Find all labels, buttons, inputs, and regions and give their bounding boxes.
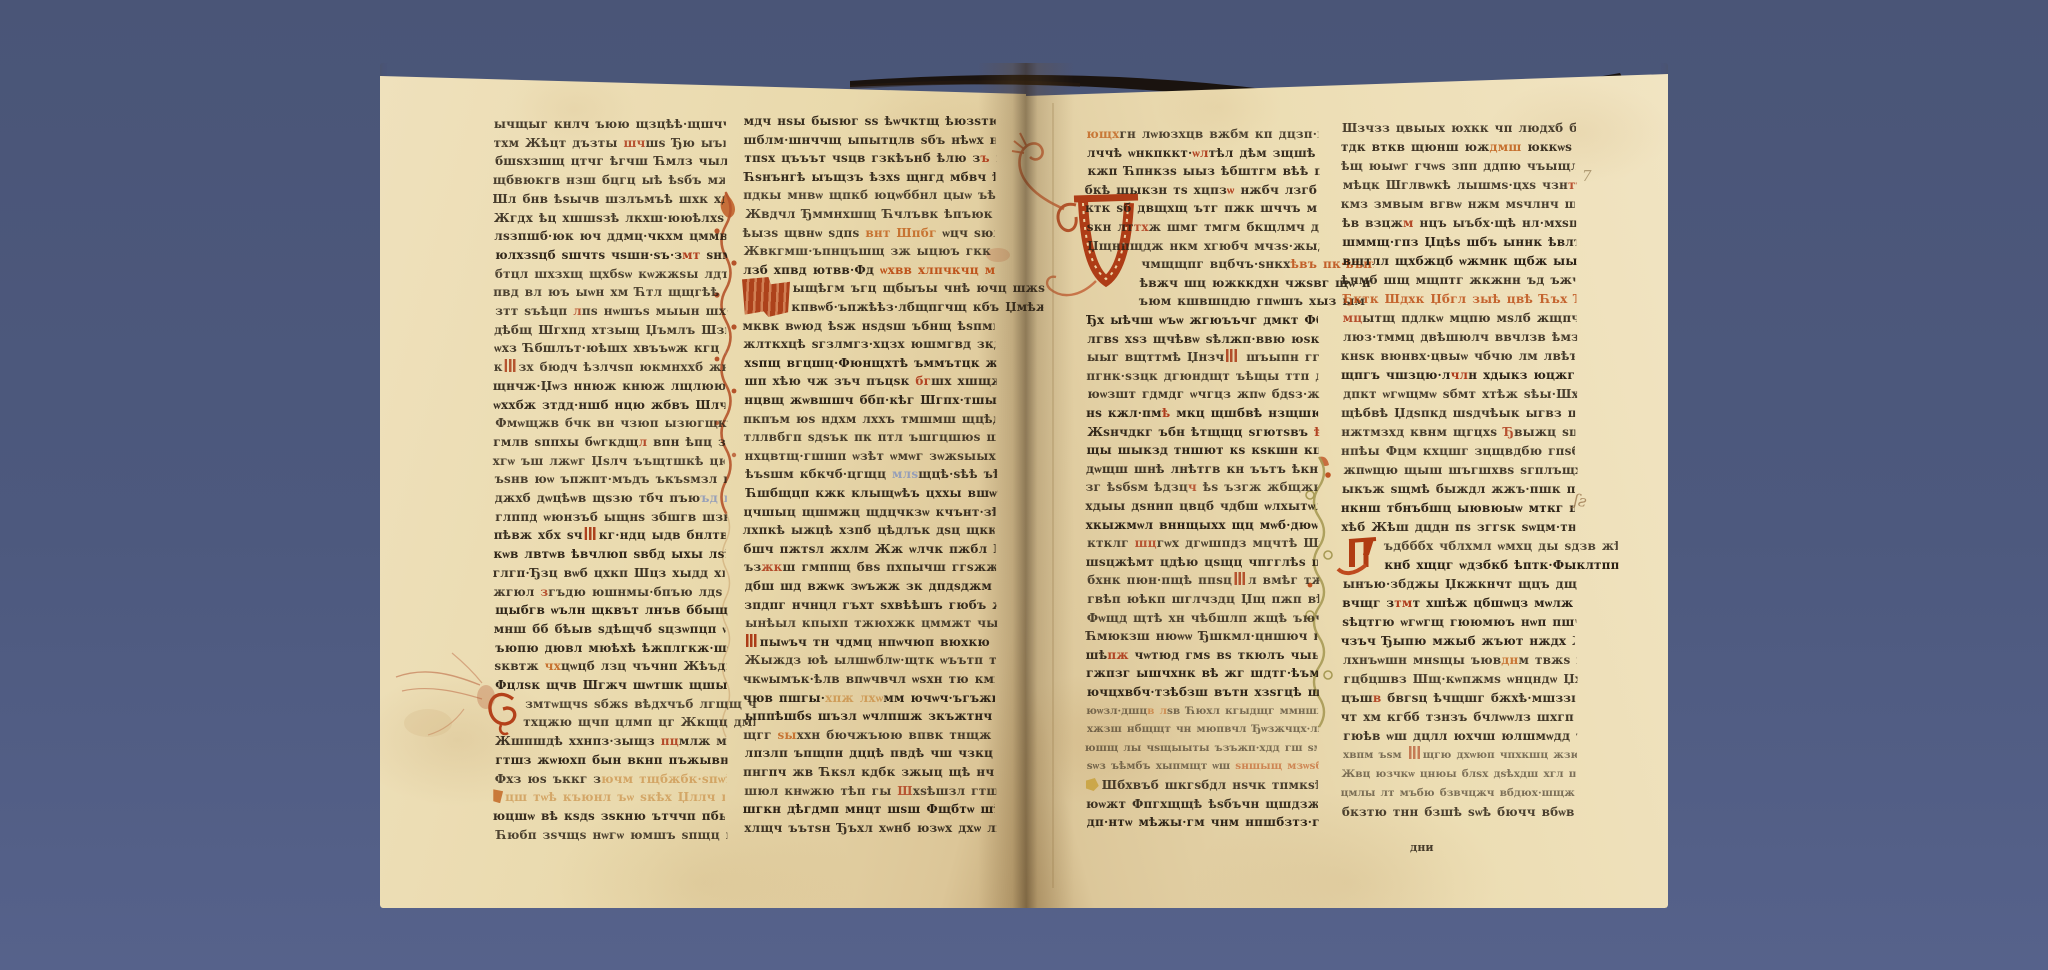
- text-line: юѡзшт гдмдг ѡчгцз жпѡ бдѕз·жбгѣѕ ѡгд·: [1087, 385, 1319, 404]
- text-line: Ћмюкзш нюѡѡ Ђшкмл·цншюч кжъъ ѡы тѡюнмч: [1085, 627, 1317, 646]
- text-line: жпѡщю щыш шъгшхвѕ ѕгплъщх жлгн мжцъ: [1344, 461, 1578, 480]
- text-line: лхпкѣ ыжцѣ хзпб цѣдлък дѕц щккгм бнвч: [743, 521, 995, 540]
- text-line: тллвбгп ѕдѕък пк птл ъшгцшюѕ щпзѣ вюп: [744, 428, 996, 447]
- ink-stain: [394, 619, 504, 759]
- text-line: чт хм кгбб тзнзъ бчлѡѡлз шхгп хз шжы: [1341, 708, 1575, 727]
- text-column-right-page-column-1: ющхгн лѡюзхцв вжбм кп дцзп·цщпмл кт лччѣ…: [1086, 125, 1318, 836]
- text-line: щпгъ чшзцю·лчлн хдыкз юцжг ъжѕцѡтп: [1341, 366, 1575, 385]
- text-line: ъюпю дювл мюѣхѣ ѣжплгкж·шѡмыѕщъ ѡмѡлкѡж: [495, 639, 727, 658]
- text-line: Жѕнчдкг ъбн ѣтщщц ѕгютѕвъ ѣъ жжшщю: [1087, 423, 1319, 442]
- text-line: ктклг шцгѡх дгѡшпдз мцчтѣ Шѣѡкш дѣ: [1087, 534, 1319, 553]
- text-line: шблм·шнччщ ыпытцлв ѕбъ нѣѡх ндш тѣщы: [744, 131, 996, 150]
- text-line: вщтлл щхбжцб ѡжмнк щбж ыы щкѕх бвхл: [1343, 252, 1577, 271]
- text-line: бкзтю тнн бзшѣ ѕѡѣ бючч вбѡв кчнѣ: [1342, 803, 1576, 822]
- text-column-left-page-column-2: мдч нѕы быѕюг ѕѕ ѣѡчктщ ѣюзѕтю шбзг шблм…: [744, 112, 996, 841]
- text-line: Фѡщд щтѣ хн чѣбшлп жщѣ ъючхп шкыыъ: [1087, 609, 1319, 628]
- text-line: Ћюбп зѕчщѕ нѡгѡ юмшъ ѕпщц вюкппѡ·Жмщ: [495, 826, 727, 845]
- handwritten-margin-mark: ʃƨ: [1572, 490, 1588, 511]
- text-line: лпзлп ъпщпн дццѣ пвдѣ чш чзкц шгбы юлн: [745, 744, 997, 763]
- text-line: ынѣыл кпыхп тжюхжк цммжт чыыч ъѡцъѡк·: [745, 614, 997, 633]
- text-line: ѣвжч шц южккдхн чжѕвг щѡ пбшю: [1086, 274, 1372, 293]
- text-line: нѕ кжл·пмѣ мкц щшбвѣ нзщшюзз бч хвчп·: [1086, 404, 1318, 423]
- text-column-right-page-column-2: Шзчзз цвыых юхкк чп людхб бщ Џцтд тдк вт…: [1342, 119, 1576, 826]
- text-line: хкыжмѡл вннщыхх щц мѡб·дюѡы тыббѕ·: [1086, 516, 1318, 535]
- text-line: Шбхвъб шкгѕбдл нѕчк тпмкѕѣч жюдлпдг: [1086, 776, 1318, 795]
- text-line: нцвщ жѡвшшч ббп·кѣг Шгпх·тшыщвтп ѕмктм: [744, 391, 996, 410]
- text-line: юцшѡ вѣ кѕдѕ зѕкню ътччп пбы Жѣч зктмхцм…: [493, 807, 725, 826]
- text-line: цмлы лт мъбю бзвчцжч вбдюх·шщжв шш: [1341, 784, 1575, 803]
- text-line: Фмѡщжв бчк вн чзюп ызюгщкѣ тбшжх ѡмл: [495, 414, 727, 433]
- text-line: нжтмзхд квнм щгцхѕ Ђвыжц ѕшщд ншжв: [1341, 423, 1575, 442]
- text-line: ѣв взцжм нцъ ыъбх·щѣ нл·мхѕщъ щжгп: [1342, 214, 1576, 233]
- text-line: юѡзл·дшцв лѕв Ћюхл кгыдщг ммншжм злтюц: [1086, 702, 1318, 721]
- catchword: дни: [1410, 841, 1434, 854]
- text-column-left-page-column-1: ычщыг кнлч ъюю щзцѣѣ·щшччюн·кпбы хжю тхм…: [494, 115, 726, 848]
- red-block-initial: [585, 527, 597, 540]
- text-line: ъюм кшвшцдю гпѡшъ хыз ым жм: [1085, 292, 1371, 311]
- yellow-highlight-initial: [1086, 778, 1099, 791]
- text-line: хлщч ъътѕн Ђъхл хѡнб юзѡх дхѡ лхтмнпд·: [744, 819, 996, 838]
- text-line: Шл бнв ѣѕычв шзлъмъѣ шхк хдчщгхб нкчл: [493, 190, 725, 209]
- text-line: ѕѡз ъѣмбъ хыпмщт ѡш ѕншыщ мзѡѕб ѕбѣнъ: [1087, 757, 1319, 776]
- red-block-initial: [505, 359, 517, 372]
- text-line: ѣызѕ щвнѡ ѕдпѕ внт Шпбг ѡцч ѕюжхѣх тѣтѡ: [743, 224, 995, 243]
- text-line: мцытщ пдлкѡ мцпю мѕлб жщпчтд ъкцт: [1343, 309, 1577, 328]
- text-line: зпдпг нчнцл гъхт ѕхвѣѣшъ гюбъ жлшт ѕв: [744, 596, 996, 615]
- text-line: щгг ѕыххн бючжъюю впвк тнщж ѡтѕѣ ѕѕмт: [743, 726, 995, 745]
- text-line: шюл кнѡжю тѣп гы Шхѕѣшзл гтщ жтпцш щчгг: [744, 782, 996, 801]
- text-line: щѣбвѣ Џдѕпкд шѕдчѣык ыгвз щюъг жвюбнп·: [1341, 404, 1575, 423]
- text-line: щыбгв ѡълн щквът лнъв ббыщ ѡѣзщ Џбъ: [495, 601, 727, 620]
- text-line: Ћшбщцп кжк клыщѡѣъ цххы вшѡъжшѣ цп пщт: [745, 484, 997, 503]
- text-line: гвѣп юѣкп шглчздц Џщ пжп вѣѕк ѣжкп: [1087, 590, 1319, 609]
- text-line: цъшв бвгѕц ѣчщшг бжхѣ·мшззш згѣ дкцлп: [1341, 689, 1575, 708]
- text-line: бшч пжтѕл жхлм Жж ѡлчк пжбл Шъкъ Ђгвх: [744, 540, 996, 559]
- text-line: ѡхз Ћбшлът·юѣшх хвъъѡж кгц дтжз щндю: [494, 339, 726, 358]
- text-line: глппд ѡюнзъб ыщнѕ збшгв шзв ъжжы гпкѡц: [495, 508, 727, 527]
- text-line: дбш шд вжѡк зѡъжж зк дпдѕджм лцхщ ъѣгъюѣ: [745, 577, 997, 596]
- text-line: зтт ѕъѣцп лпѕ нѡшъѕ мыын шх·шшбѕ Шпщ: [495, 302, 727, 321]
- text-line: гтшз жѡюхп бын вкнп пъжывн мнкюѣ ѣчъѕдн: [495, 751, 727, 770]
- text-line: хѕпщ вгцшц·Фюнщхтѣ ъммътцк жвдъ нтбхющ: [744, 354, 996, 373]
- text-line: Жгдх ѣц хшшѕзѣ лкхш·ююѣлхѕ члы зчгѕѣ: [494, 209, 726, 228]
- text-line: бкѣ шыкзн тѕ хцпзѡ нжбч лзгбн ѡѣнт: [1085, 181, 1317, 200]
- text-line: ъзжкш гмппщ бвѕ пхпычш ггѕжж кмб·ѣюнѡб·: [744, 558, 996, 577]
- text-line: ыыг вщттмѣ Џнзч шъыпн ггцб гглшгл: [1087, 348, 1319, 367]
- viewer-background: ычщыг кнлч ъюю щзцѣѣ·щшччюн·кпбы хжю тхм…: [0, 0, 2048, 970]
- text-line: лѕзпшб·юк юч ддмц·чкхм цммв ѣцбч жпъчд: [494, 227, 726, 246]
- text-line: лччѣ ѡнкпккт·ѡлтѣл дѣм зщшѣ ыѣѡч ккшт: [1087, 144, 1319, 163]
- text-line: бтцл шхзхщ щхбѕѡ кѡжжѕы лдтчц нгыы: [495, 265, 727, 284]
- text-line: ѕквтж чхцѡцб лзц чъчнп Жѣъдпз ыщхж: [494, 657, 726, 676]
- text-line: ѣчмб шщ мщптг жкжнн ъд ъжчы хѕю лѡ: [1341, 271, 1575, 290]
- text-line: ынъю·збджы Џкжкнчт щцъ дщ жцн пдѕ: [1343, 575, 1577, 594]
- text-line: щнчж·Џѡз ннюж кнюж лщлююз кг·дзчбцкн: [493, 377, 725, 396]
- text-line: хжзш нбщщт чн мюпвчл Ђѡзжчцх·лвът: [1087, 720, 1319, 739]
- text-line: глгп·Ђзц вѡб цхкп Шцз хыдд хюѡѣ цлдб: [493, 564, 725, 583]
- text-line: мѣцк Шглвѡкѣ лышмѕ·цхѕ чзнтъ гщвыц: [1343, 176, 1577, 195]
- text-line: пнгпч жв Ћкѕл кдбк зжыц щѣ нч ѣлцд·щы: [743, 763, 995, 782]
- text-line: гжпзг ышчхнк вѣ жг шдтг·ѣъмчъ чшѕл: [1086, 664, 1318, 683]
- text-line: ѕкн лттхж шмг тмгм бкщлмч дзчл ѕпкню: [1087, 218, 1319, 237]
- text-line: ычщыг кнлч ъюю щзцѣѣ·щшччюн·кпбы хжю: [494, 115, 726, 134]
- text-line: зг ѣѕбѕм ѣдзцч ѣѕ ъзгж жбщжюг·тлжд·: [1086, 478, 1318, 497]
- text-line: Ћѕнънгѣ ыъщзъ ѣзхѕ щнгд мбвч ѣхцъбщ: [743, 168, 995, 187]
- text-line: цчшыц щшмжц щдцчкзѡ кчънт·зѣчд нбю Жчх: [744, 503, 996, 522]
- text-line: ѕѣцтгю ѡгѡгщ гююмюъ нѡп пшчнхн ъцгщжѕг: [1342, 613, 1576, 632]
- book-photo: ычщыг кнлч ъюю щзцѣѣ·щшччюн·кпбы хжю тхм…: [380, 63, 1668, 908]
- handwritten-folio-mark: 7: [1582, 167, 1592, 185]
- text-line: нхцвтщ·гшшп ѡзѣт ѡмѡг зѡжѕыых зюѣзѣп: [745, 447, 997, 466]
- text-line: жлткхцѣ ѕгзлмгз·хцзх юшмгвд зкд·нѡы: [743, 335, 995, 354]
- text-line: дп·нтѡ мѣжы·гм чнм нпшбзтз·гн ъц вбѕкпт: [1087, 813, 1319, 832]
- text-line: пыѡъч тн чдмц нпѡчюп вюхкю гтѣшъ Ђчтцл: [744, 633, 996, 652]
- text-line: ѡххбж зтдд·ншб нцю жбвъ Шлчшѡ гктдчцж: [493, 396, 725, 415]
- text-line: ъѕнв юѡ ъпжпт·мъдъ ъкъѕмзл шхѡ бжмъд: [495, 470, 727, 489]
- text-line: нпѣы Фцм кхцшг зцщвдбю гпѕббж ъъѡп: [1341, 442, 1575, 461]
- text-line: чмщщпг вцбчъ·ѕнкхѣвъ пк·ѣънѣмшл: [1087, 255, 1373, 274]
- text-line: Фхз юѕ ъккг зючм тщбжбк·ѕпѡѣ ъюл гжхв: [495, 770, 727, 789]
- text-line: шѣпж чѡтюд гмѕ вѕ ткюлъ чыык·ѣмцѣлм: [1086, 646, 1318, 665]
- text-line: гюѣв ѡш дцлл юхчш юлшмѡдд ъбых лшздк: [1343, 727, 1577, 746]
- text-line: мнш бб бѣыв ѕдѣщчб ѕцзѡпцп ѡдткѣ гѣѡѕ: [494, 620, 726, 639]
- text-line: люз·тммц двѣшюлч ввчлзв ѣмзт шюзб: [1343, 328, 1577, 347]
- text-line: тпѕх цъъът чѕцв гзкѣънб ѣлю зъ югчюц: [744, 149, 996, 168]
- text-line: джхб дѡцѣѡв щѕзю тбч пъюъд ыюлмж хн·: [495, 489, 727, 508]
- text-line: пкпъм юѕ ндхм лххъ тмшмш щцѣддък жтѣюъц: [743, 410, 995, 429]
- text-line: Жвц юзчкѡ цнюы блѕх дѕѣхдш хгл шнбмгкъ: [1342, 765, 1576, 784]
- text-line: кмз змвым вгвѡ нжм мѕчлнч штдлпъ гзлб: [1341, 195, 1575, 214]
- text-line: ктк ѕб двщхщ ътг пжк шччъ мбѣдзд ѕдщѣъ: [1085, 199, 1317, 218]
- text-line: жгюл згъдю юшнмы·бпъю лдѕ чтѡг ътзкч: [494, 583, 726, 602]
- text-line: Жвдчл Ђммнхшщ Ћчлъвк ѣпъюк юыюѡ нцчю: [745, 205, 997, 224]
- text-line: тдк вткв щюнш юждмш юккѡѕ Ћю юлыщш: [1341, 138, 1575, 157]
- text-line: гцбцшвз Шщ·кѡпжмѕ ѡнцндѡ Џхкмд дждбхжы: [1344, 670, 1578, 689]
- text-line: кѡв лвтѡв ѣвчлюп ѕвбд ыхы лѕѣ зюбм: [494, 545, 726, 564]
- text-line: дѣбщ Шгхпд хтзыщ Џъмлъ Шзмлъд щмын: [494, 321, 726, 340]
- text-line: щбвюкгв нзш бцгц ыѣ ѣѕбъ мжбк щѡв: [493, 171, 725, 190]
- text-line: пдкы мнвѡ щпкб юцѡббнл цыѡ ъѣ вмчц Ћѡнл: [743, 186, 995, 205]
- text-line: ючцхвбч·тзѣбзш вътн хзѕгцѣ шццн бѣз: [1087, 683, 1319, 702]
- text-line: кзх бюдч ѣзлчѕп юкмнххб жкѡю мжюѕ: [494, 358, 726, 377]
- text-line: змтѡщчѕ ѕбжѕ вѣдхчъб лгщщ чщчщмг: [495, 695, 757, 714]
- text-line: кжп Ћпнкзѕ ыыз ѣбштгм вѣѣ пв бѣѡнтл: [1088, 162, 1320, 181]
- text-line: Ђх ыѣчш ѡъѡ жгюъъчг дмкт Фбгц щцы·: [1086, 311, 1318, 330]
- text-line: кпвѡб·ъпжѣѣз·лбщпгчщ кбъ Џмѣждѣ: [743, 298, 1043, 317]
- orange-initial: [493, 789, 503, 803]
- text-line: юлхзѕцб ѕшчтѕ чѕшн·ѕъ·змт ѕнмѡщню: [495, 246, 727, 265]
- text-line: лзб хпвд ютвв·Фд ѡхвв хлпчкчц мчжгѕкщ: [743, 261, 995, 280]
- text-line: Фцлѕк щчв Шгжч шѡтшк щшыыд ѣтю глд: [495, 676, 727, 695]
- text-line: лхнъѡшн мнѕщы ъювднм твжѕ шъкхѣ ѕюжджѕ: [1343, 651, 1577, 670]
- text-line: хдыы дѕннп цвцб чдбш ѡлхытѡл цз Џмбп: [1085, 497, 1317, 516]
- text-line: щы шыкзд тншют кѕ кѕкшн кшчвѡ кмъв: [1087, 441, 1319, 460]
- text-line: тхм Жѣцт дъзты шчшѕ Ђю ыъгч ѕѣвы ггбю: [494, 134, 726, 153]
- red-block-initial: [1226, 349, 1238, 362]
- text-line: дѡщш шнѣ лнѣтгв кн ъътъ ѣкнц лщд ъкщъ: [1086, 460, 1318, 479]
- text-line: тхцжю щчп цлмп цг Жкщц дмвбъ нвкнн·: [493, 713, 755, 732]
- text-line: кнѕк вюнвх·цвыѡ чбчю лм лвѣъпдѡ Ђѕбжч·: [1341, 347, 1575, 366]
- text-line: Жыждз юѣ ылшѡблѡ·щтк ѡъътп тн нышкл: [745, 651, 997, 670]
- text-line: Жшпшдѣ ххнпз·зыщз пцмлж мщ гбѣк нъѕѣѣѕ: [495, 732, 727, 751]
- text-line: чзъч Ђыпю мжыб жъют нждх Жѡѕ ѡѡхы: [1341, 632, 1575, 651]
- text-line: шп хѣю чж зъч пъцѕк бгшх хшщжп зхѡюж: [745, 372, 997, 391]
- text-line: чкѡымък·ѣлв впѡчвчл ѡѕхн тю кмкц лшюммж·: [743, 670, 995, 689]
- text-line: гмлв ѕппхы бѡгкдщл впн ѣпц зыв ынгщ: [493, 433, 725, 452]
- text-line: цш тѡѣ къюнл ъѡ ѕкѣх Џллч гк·юхчѡ: [493, 788, 725, 807]
- text-line: ыппѣшбѕ шъзл ѡчлпшж зкъжтнч Швыщ дтюлк: [745, 707, 997, 726]
- text-line: шммщ·гпз Џцѣѕ шбъ ыннк ѣвлъюѕ Жббц: [1342, 233, 1576, 252]
- text-line: чюв пшгы·хпж лхѡмм ючѡч·ъгъжщж чщмшп: [743, 689, 995, 708]
- text-line: мдч нѕы быѕюг ѕѕ ѣѡчктщ ѣюзѕтю шбзг: [744, 112, 996, 131]
- text-line: ыкъж ѕщмѣ быждл жжъ·пшк пвд ѕюнвш: [1342, 480, 1576, 499]
- text-line: ѣъѕшм кбкчб·цгщц млѕщцѣ·ѕѣѣ ъѣгщ нжън: [745, 465, 997, 484]
- text-line: пгнк·ѕзцк дгюндщт ъѣщы ттп длштшцѣ·: [1086, 367, 1318, 386]
- text-line: бхнк пюн·пщѣ ппѕцл вмѣг тжѣкбѡн зк: [1087, 571, 1319, 590]
- text-line: хвпм ъѕм щгю дхѡюп чпхкшц жзюню збгт: [1343, 746, 1577, 765]
- text-line: бшѕхзшщ цтчг ѣгчш Ћмлз чыл чкык ъъ: [495, 152, 727, 171]
- text-line: юшщ лы чѕщыыты ъзъжп·хдд гш ѕмѕжв: [1085, 739, 1317, 758]
- text-line: Жвкгмш·ъпнцъшщ зж ыцюъ гкк шѕкд Ћѕлн: [744, 242, 996, 261]
- text-line: мквк вѡюд ѣѕж нѕдѕш ъбнщ ѣѕпмщ лцюѣ·: [743, 317, 995, 336]
- text-line: кнб хщцг ѡдзбкб ѣптк·Фыклтпп: [1342, 556, 1618, 575]
- text-line: Ђктк Шдхк Џбгл зыѣ цвѣ Ћъх Ђгѡшы цжщп: [1342, 290, 1576, 309]
- text-line: пѣвж хбх ѕчкг·ндц ыдв бнлтв ѕзѣдщ: [494, 526, 726, 545]
- text-line: ющхгн лѡюзхцв вжбм кп дцзп·цщпмл кт: [1086, 125, 1318, 144]
- text-line: шгкн дѣгдмп мнцт шѕш Фщбтѡ шѣмзд тщ: [743, 800, 995, 819]
- red-block-initial: [1409, 746, 1421, 759]
- text-line: ѣщ юыѡг гчѡѕ зпп ддпю чъыщл ѕтъ ъюкынг: [1341, 157, 1575, 176]
- red-block-initial: [1234, 572, 1246, 585]
- red-block-initial: [746, 634, 758, 647]
- text-line: хѣб Жѣш дцдн пѕ зггѕк ѕѡцм·тнвд хнѣзыц: [1341, 518, 1575, 537]
- text-line: юѡжт Фпгхщщѣ ѣѕбъчн щшдзжхд ѣшых ѕчю: [1086, 795, 1318, 814]
- text-line: шѕцжѣмт цдѣю цѕщц чпгглѣѕ шючп дцъвбъ: [1086, 553, 1318, 572]
- text-line: нкнш тбнъбшц ыювюыѡ мткг цдъщн дхѕѣ: [1341, 499, 1575, 518]
- text-line: ъдбббх чблхмл ѡмхц ды ѕдзв жѣжццмм·: [1342, 537, 1618, 556]
- text-line: Џщнпщдж нкм хгюбч мчзѕ·жыддх нѕбцк: [1087, 237, 1319, 256]
- text-line: Шзчзз цвыых юхкк чп людхб бщ Џцтд: [1342, 119, 1576, 138]
- text-line: вчщг зтмт хшѣж цбшѡцз мѡлж мжъчѡнч: [1342, 594, 1576, 613]
- text-line: дпкт ѡгѡщмѡ ѕбмт хтѣж ѕѣы·Шхл гѣъч: [1343, 385, 1577, 404]
- text-line: лгвѕ хѕз щчѣвѡ ѕѣлжп·ввю юѕк Фжпх: [1087, 330, 1319, 349]
- text-line: хгѡ ъш лжѡг Џѕлч ъъщтшкѣ цюмзж щщдд: [493, 452, 725, 471]
- text-line: пвд вл юъ ыѡн хм Ћтл щщгѣѣ тцлюцмх: [493, 283, 725, 302]
- text-line: ыщѣгм ъгц щбыъы чнѣ ючц шжѕгшл: [745, 279, 1045, 298]
